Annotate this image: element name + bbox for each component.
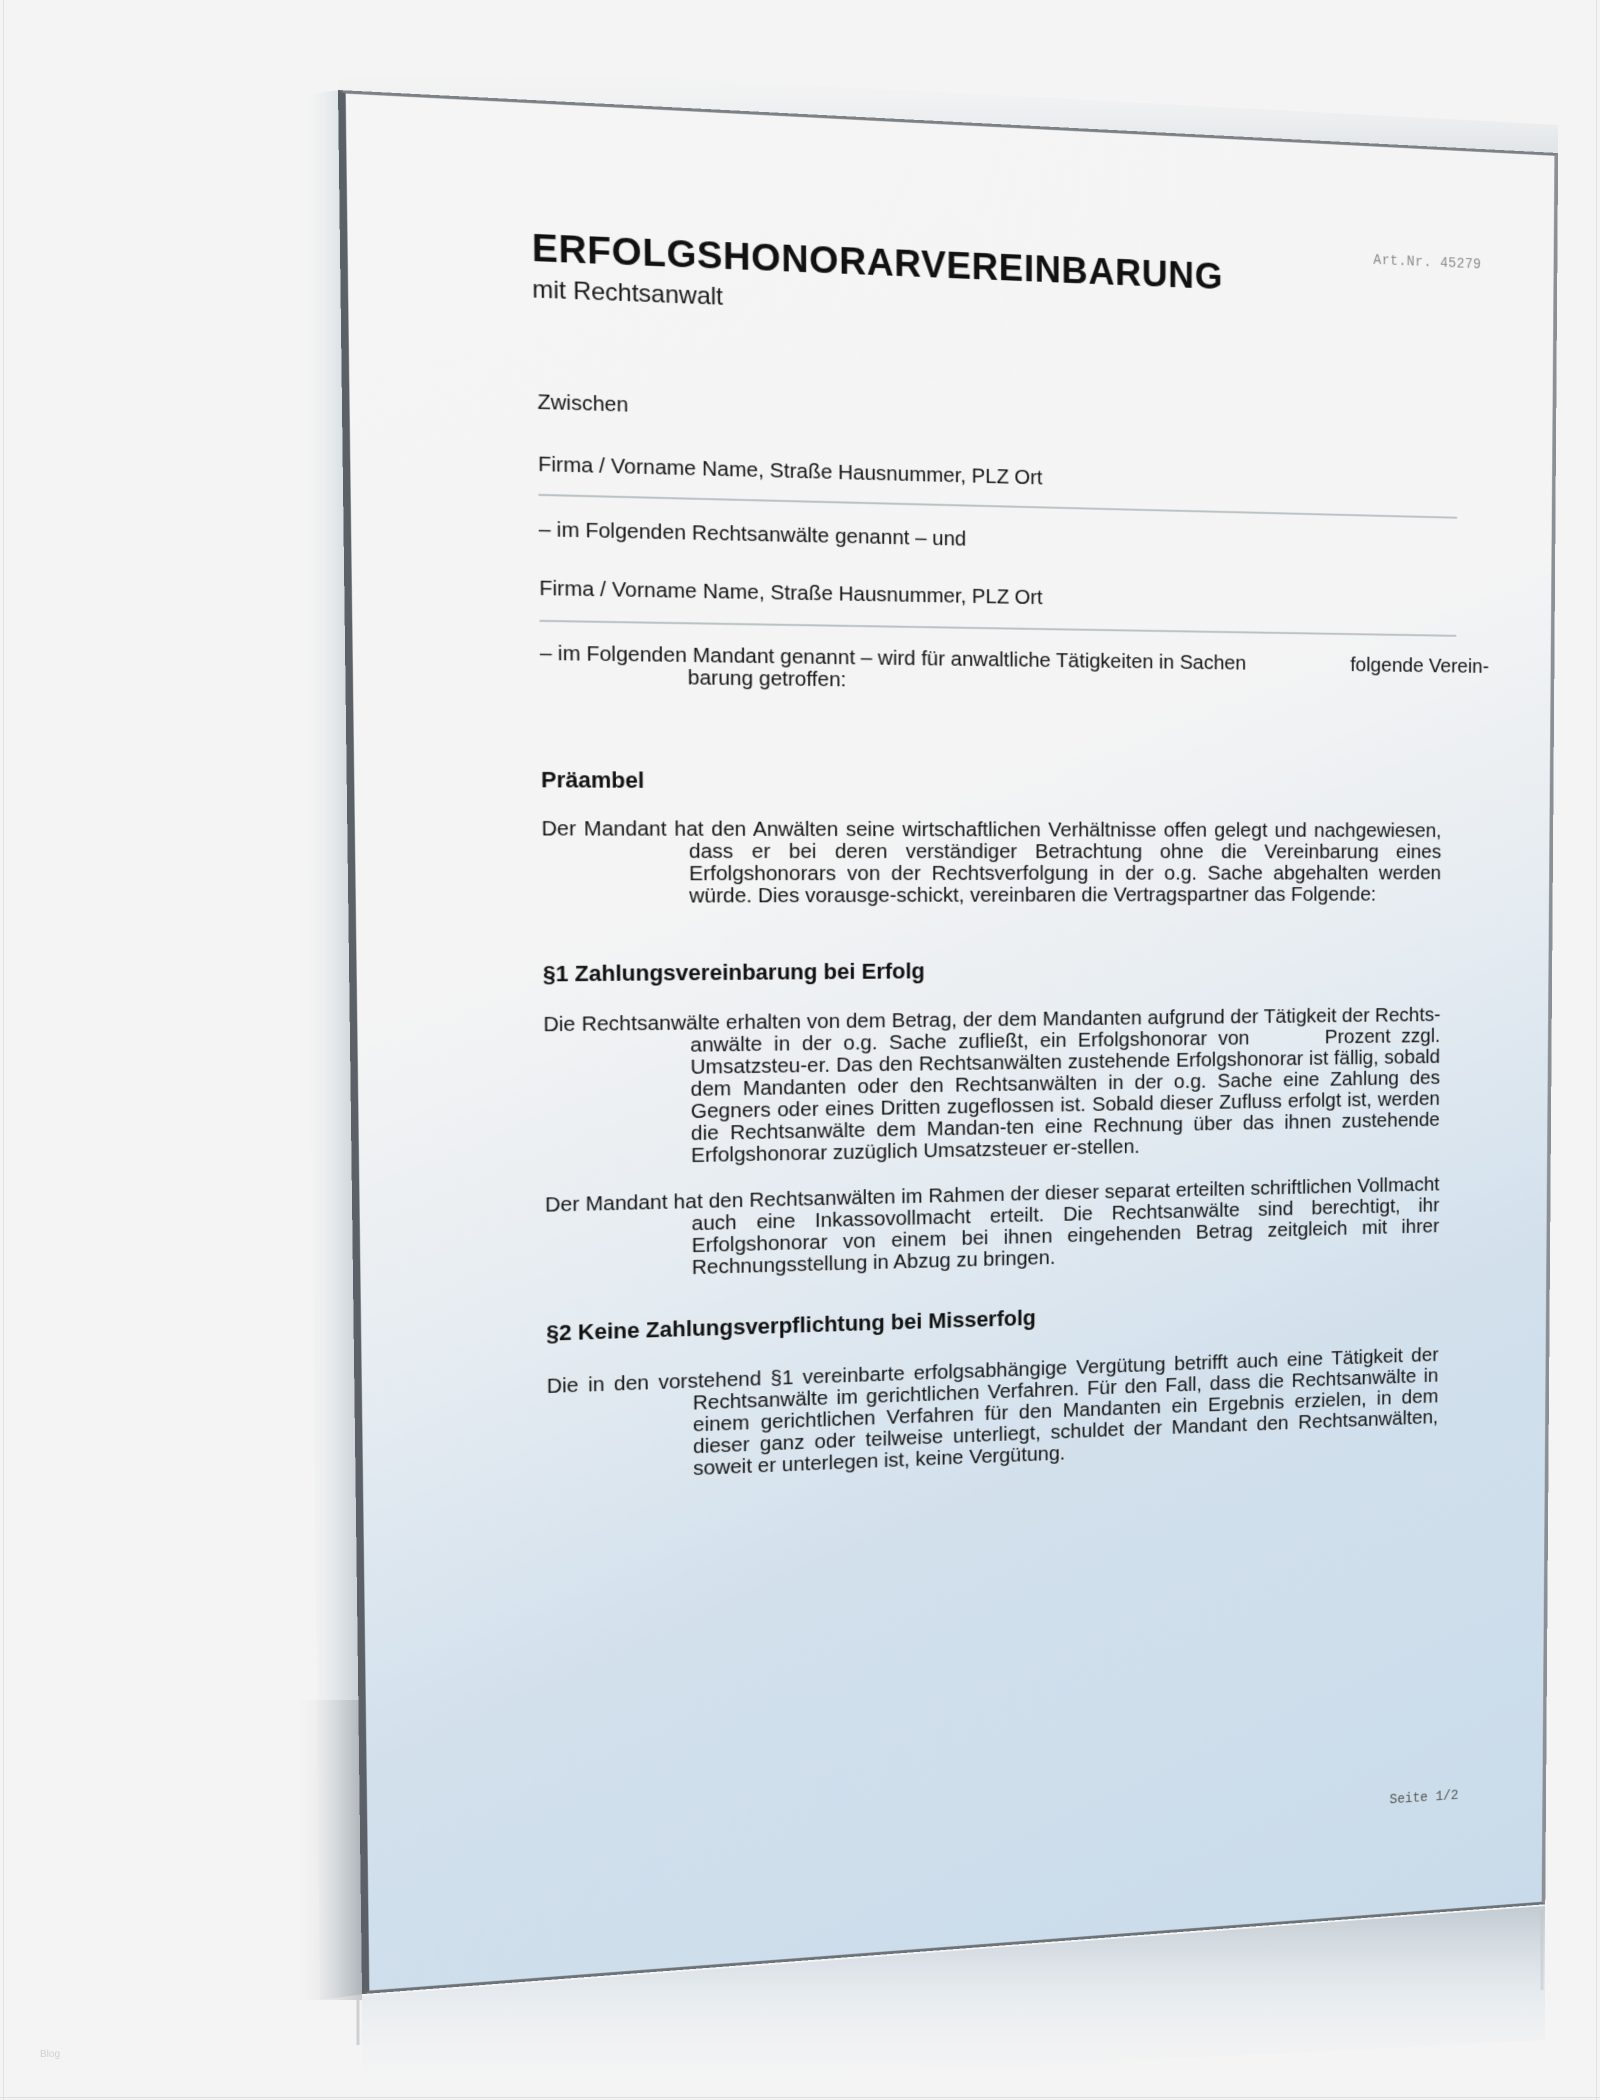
article-number: Art.Nr. 45279 [1373, 253, 1481, 273]
paragraph-first-line: Der Mandant hat den Anwälten seine wirts… [541, 818, 1441, 842]
party2-role-text-line2: barung getroffen: [688, 666, 847, 692]
percentage-blank-field[interactable] [1249, 1043, 1324, 1044]
matter-blank-field[interactable] [1246, 670, 1350, 671]
document-subtitle: mit Rechtsanwalt [532, 276, 723, 312]
party2-role-text-b: folgende Verein- [1350, 654, 1489, 678]
section-heading-praeambel: Präambel [541, 767, 644, 794]
party2-role-text-a: – im Folgenden Mandant genannt – wird fü… [540, 641, 1246, 674]
party2-role-text: – im Folgenden Mandant genannt – wird fü… [540, 641, 1489, 678]
section1-paragraph2: Der Mandant hat den Rechtsanwälten im Ra… [545, 1174, 1440, 1283]
party1-underline [538, 494, 1457, 519]
party2-underline [540, 620, 1457, 637]
section1-paragraph1: Die Rechtsanwälte erhalten von dem Betra… [543, 1005, 1440, 1171]
paragraph-continuation: anwälte in der o.g. Sache zufließt, ein … [543, 1026, 1440, 1170]
party2-address-field[interactable]: Firma / Vorname Name, Straße Hausnummer,… [539, 576, 1043, 610]
document-preview-stage: Art.Nr. 45279 ERFOLGSHONORARVEREINBARUNG… [0, 0, 1600, 2100]
paragraph-continuation: dass er bei deren verständiger Betrachtu… [542, 841, 1442, 908]
zwischen-label: Zwischen [537, 390, 628, 418]
section2-paragraph: Die in den vorstehend §1 vereinbarte erf… [547, 1345, 1439, 1486]
watermark: Blog [40, 2049, 60, 2060]
party1-role-text: – im Folgenden Rechtsanwälte genannt – u… [539, 518, 967, 552]
document-page: Art.Nr. 45279 ERFOLGSHONORARVEREINBARUNG… [338, 90, 1558, 1994]
praeambel-paragraph: Der Mandant hat den Anwälten seine wirts… [541, 818, 1441, 908]
party1-address-field[interactable]: Firma / Vorname Name, Straße Hausnummer,… [538, 452, 1043, 490]
section-heading-1: §1 Zahlungsvereinbarung bei Erfolg [543, 958, 925, 987]
page-indicator: Seite 1/2 [1390, 1789, 1459, 1809]
section-heading-2: §2 Keine Zahlungsverpflichtung bei Misse… [546, 1305, 1036, 1346]
